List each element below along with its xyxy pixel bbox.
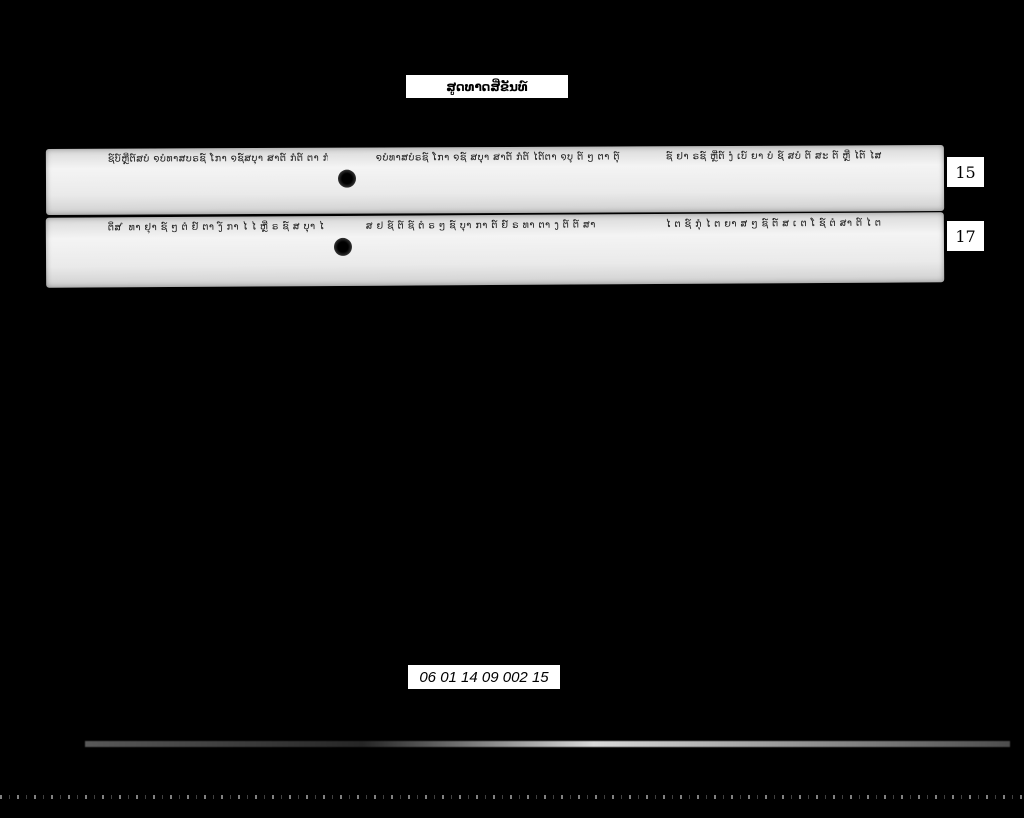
page-number: 17 [955,227,975,246]
leaf-text-column: ສ ຢ ຊ໌ ຕ໌ ຊ໌ ຕໍ ຣ ໆ ຊ໌ ບຸາ ກາ ຕ໌ ຢ໌ ຣ ທາ… [366,218,646,234]
film-perforation-artifact [0,795,1024,799]
leaf-text-column: ຊ໌ ຢາ ຣຊ໌ ຫຼີ່ຕ໌ ງໍ ເບ໌ ຍາ ບໍ ຊ໌ ສບໍ ຕ໌ … [666,149,936,164]
page-number: 15 [955,163,975,182]
identifier-label: 06 01 14 09 002 15 [408,665,560,689]
film-edge-artifact [85,741,1010,747]
title-label: ສູດທາດສີ່ຂັນທ໌ [406,75,568,98]
binding-hole-icon [338,170,356,188]
title-text: ສູດທາດສີ່ຂັນທ໌ [446,80,528,94]
leaf-text-column: ໑ບໍທາສບໍຣຊ໌ ໂກາ ໑ຊ໌ ສບຸາ ສາຕ໌ ກໍຕ໌ ໄຕ໌ຕາ… [376,150,646,165]
palm-leaf-2: ຕິ່ສ ໍ ທາ ຢຸາ ຊ໌ ໆ ຕໍ ຢ໌ ຕາ ງ໌ ກາ ໄ ໄ ຫຼ… [46,212,944,287]
palm-leaf-1: ຊ໌ບ໌ຫຼີ່ຕ໌ສບໍ ໑ບໍທາສບຣຊ໌ ໂກາ ໑ຊ໌ສບຸາ ສາຕ… [46,145,944,215]
identifier-text: 06 01 14 09 002 15 [419,669,548,686]
leaf-text-column: ໄ ຕ ຊ໌ ກໍຸ ໄ ຕ ຍາ ສ ໆ ຊ໌ ຕ໌ ສ ເ ຕ ໂ ຊ໌ ຕ… [666,216,936,232]
leaf-text-column: ຊ໌ບ໌ຫຼີ່ຕ໌ສບໍ ໑ບໍທາສບຣຊ໌ ໂກາ ໑ຊ໌ສບຸາ ສາຕ… [108,152,328,167]
page-number-label: 15 [947,157,984,187]
leaf-text-column: ຕິ່ສ ໍ ທາ ຢຸາ ຊ໌ ໆ ຕໍ ຢ໌ ຕາ ງ໌ ກາ ໄ ໄ ຫຼ… [108,220,328,235]
binding-hole-icon [334,238,352,256]
page-number-label: 17 [947,221,984,251]
